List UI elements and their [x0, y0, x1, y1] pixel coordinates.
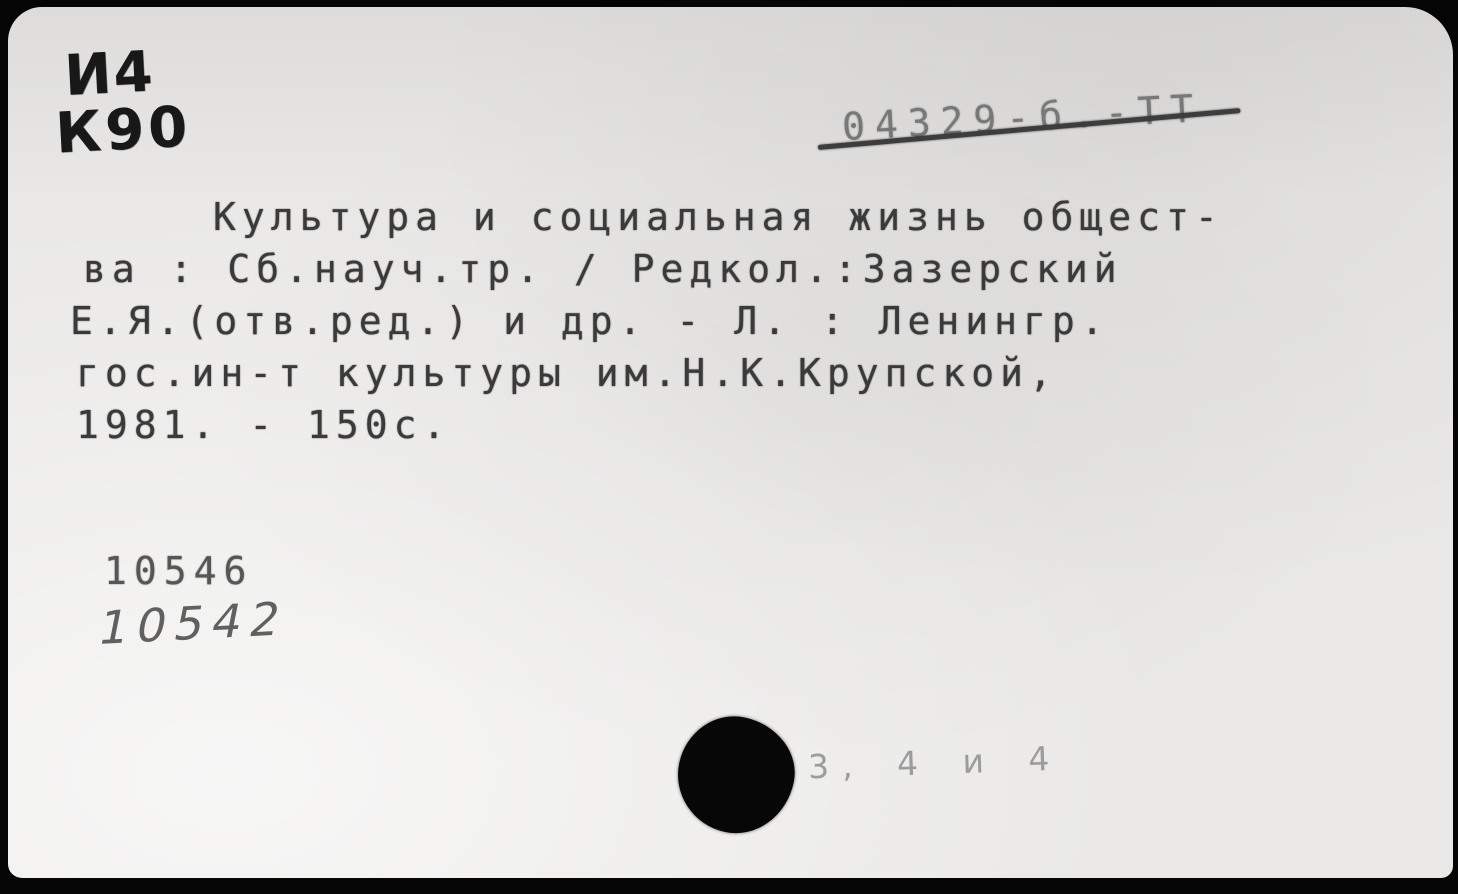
accession-number-typed: 10546 [104, 549, 253, 593]
bib-line-3: Е.Я.(отв.ред.) и др. - Л. : Ленингр. [70, 299, 1110, 351]
catalog-card: И4 К90 04329-б.-ТТ Культура и социальная… [8, 7, 1453, 878]
bib-line-4: гос.ин-т культуры им.Н.К.Крупской, [76, 351, 1058, 403]
scanned-page: И4 К90 04329-б.-ТТ Культура и социальная… [0, 0, 1458, 894]
pencil-annotation: 3, 4 и 4 [807, 739, 1063, 787]
bib-line-5: 1981. - 150с. [76, 403, 451, 455]
bib-line-1: Культура и социальная жизнь общест- [213, 195, 1224, 247]
bib-line-2: ва : Сб.науч.тр. / Редкол.:Зазерский [83, 247, 1123, 299]
accession-number-handwritten: 10542 [94, 591, 293, 655]
hole-punch-icon [667, 706, 805, 844]
call-number: И4 К90 [51, 42, 192, 163]
call-number-cutter-mark: К90 [54, 99, 193, 163]
